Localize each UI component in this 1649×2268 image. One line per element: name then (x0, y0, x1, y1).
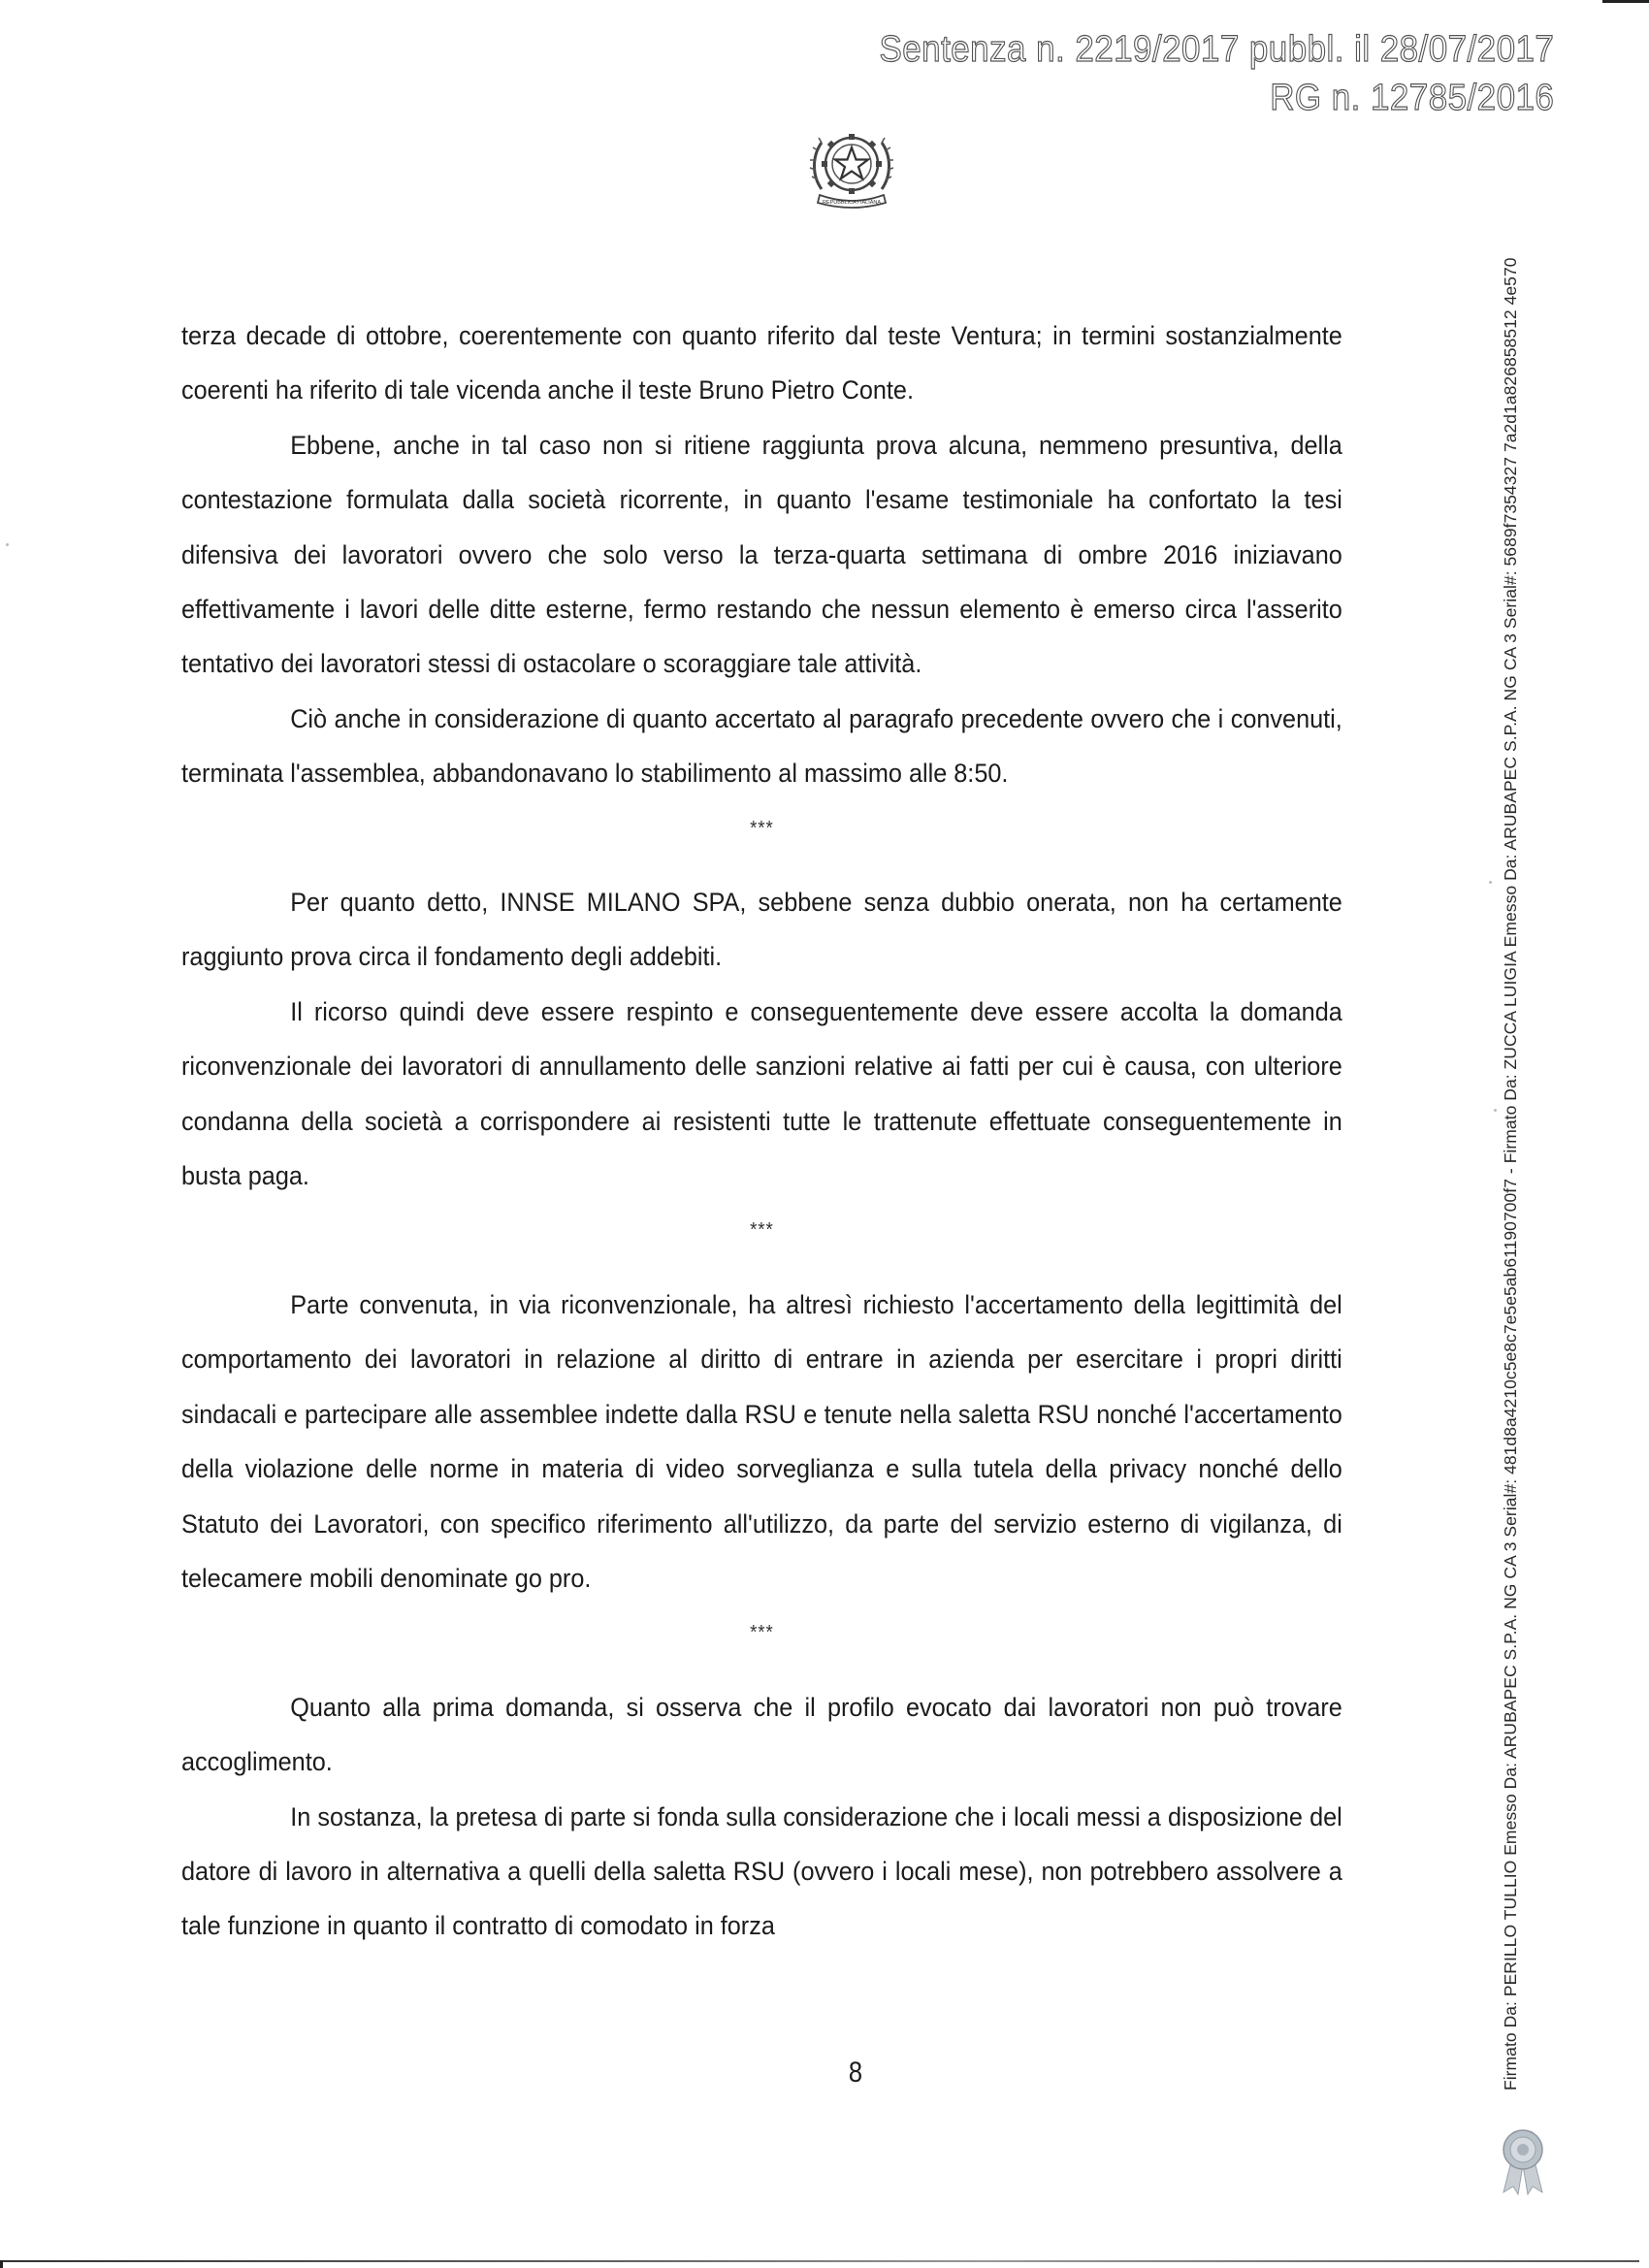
paragraph: Ebbene, anche in tal caso non si ritiene… (181, 418, 1342, 692)
section-separator: *** (181, 1605, 1342, 1660)
document-page: Sentenza n. 2219/2017 pubbl. il 28/07/20… (0, 0, 1649, 2268)
scan-speck (1494, 1109, 1497, 1112)
scan-edge-mark (1602, 0, 1649, 3)
scan-speck (1489, 881, 1492, 884)
sentence-number-line: Sentenza n. 2219/2017 pubbl. il 28/07/20… (879, 25, 1554, 74)
paragraph: terza decade di ottobre, coerentemente c… (181, 308, 1342, 418)
paragraph: Quanto alla prima domanda, si osserva ch… (181, 1680, 1342, 1790)
paragraph: In sostanza, la pretesa di parte si fond… (181, 1790, 1342, 1954)
digital-signature-strip: Firmato Da: PERILLO TULLIO Emesso Da: AR… (1496, 112, 1525, 2090)
scan-speck (6, 543, 9, 546)
emblem-ribbon-text: REPUBBLICA ITALIANA (823, 200, 881, 206)
scan-bottom-edge (0, 2260, 1639, 2262)
paragraph: Ciò anche in considerazione di quanto ac… (181, 692, 1342, 801)
sentence-header-stamp: Sentenza n. 2219/2017 pubbl. il 28/07/20… (879, 25, 1554, 122)
scan-corner-mark (0, 2260, 3, 2268)
section-separator: *** (181, 1203, 1342, 1257)
page-number: 8 (839, 2057, 872, 2090)
rg-number-line: RG n. 12785/2016 (879, 74, 1554, 122)
section-separator: *** (181, 801, 1342, 856)
digital-signature-seal-icon (1494, 2124, 1552, 2197)
paragraph: Il ricorso quindi deve essere respinto e… (181, 985, 1342, 1204)
paragraph: Parte convenuta, in via riconvenzionale,… (181, 1278, 1342, 1605)
paragraph: Per quanto detto, INNSE MILANO SPA, sebb… (181, 875, 1342, 985)
italian-republic-emblem-icon: REPUBBLICA ITALIANA (808, 121, 895, 211)
document-body: terza decade di ottobre, coerentemente c… (181, 308, 1342, 1954)
